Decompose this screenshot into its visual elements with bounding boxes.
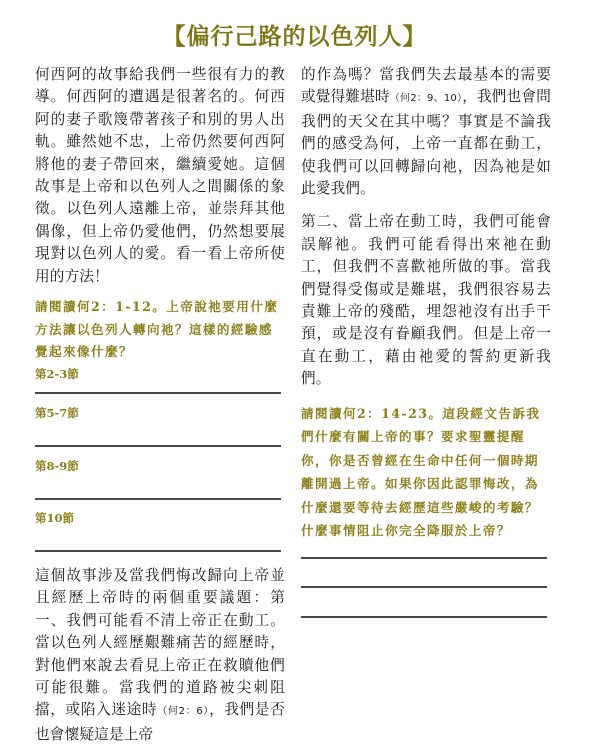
answer-line[interactable] bbox=[35, 392, 281, 394]
answer-line[interactable] bbox=[35, 550, 281, 552]
answer-line[interactable] bbox=[301, 616, 547, 618]
verse-prompt-2-3: 第2-3節 bbox=[35, 366, 285, 382]
continuation-paragraph: 的作為嗎？當我們失去最基本的需要或覺得難堪時（何2：9、10），我們也會問我們的… bbox=[301, 64, 551, 200]
left-column: 何西阿的故事給我們一些很有力的教導。何西阿的遭遇是很著名的。何西阿的妻子歌篾帶著… bbox=[35, 64, 285, 382]
scripture-reference: （何2：6） bbox=[157, 706, 209, 717]
study-question-2: 請閱讀何2：14-23。這段經文告訴我們什麼有關上帝的事？要求聖靈提醒你，你是否… bbox=[301, 402, 551, 543]
verse-prompt-8-9: 第8-9節 bbox=[35, 458, 79, 474]
page-title: 【偏行己路的以色列人】 bbox=[0, 18, 589, 51]
intro-paragraph: 何西阿的故事給我們一些很有力的教導。何西阿的遭遇是很著名的。何西阿的妻子歌篾帶著… bbox=[35, 64, 285, 288]
second-paragraph-main: 這個故事涉及當我們悔改歸向上帝並且經歷上帝時的兩個重要議題：第一、我們可能看不清… bbox=[35, 567, 285, 718]
answer-line[interactable] bbox=[301, 557, 547, 559]
verse-prompt-5-7: 第5-7節 bbox=[35, 405, 79, 421]
scripture-reference: （何2：9、10） bbox=[390, 93, 462, 104]
second-point-paragraph: 第二、當上帝在動工時，我們可能會誤解祂。我們可能看得出來祂在動工，但我們不喜歡祂… bbox=[301, 211, 551, 390]
answer-line[interactable] bbox=[35, 445, 281, 447]
verse-prompt-10: 第10節 bbox=[35, 510, 74, 526]
study-question-1: 請閱讀何2：1-12。上帝說祂要用什麼方法讓以色列人轉向祂？這樣的經驗感覺起來像… bbox=[35, 296, 285, 364]
second-paragraph: 這個故事涉及當我們悔改歸向上帝並且經歷上帝時的兩個重要議題：第一、我們可能看不清… bbox=[35, 565, 285, 746]
left-column-lower: 這個故事涉及當我們悔改歸向上帝並且經歷上帝時的兩個重要議題：第一、我們可能看不清… bbox=[35, 565, 285, 746]
answer-line[interactable] bbox=[35, 498, 281, 500]
right-column: 的作為嗎？當我們失去最基本的需要或覺得難堪時（何2：9、10），我們也會問我們的… bbox=[301, 64, 551, 543]
answer-line[interactable] bbox=[301, 586, 547, 588]
